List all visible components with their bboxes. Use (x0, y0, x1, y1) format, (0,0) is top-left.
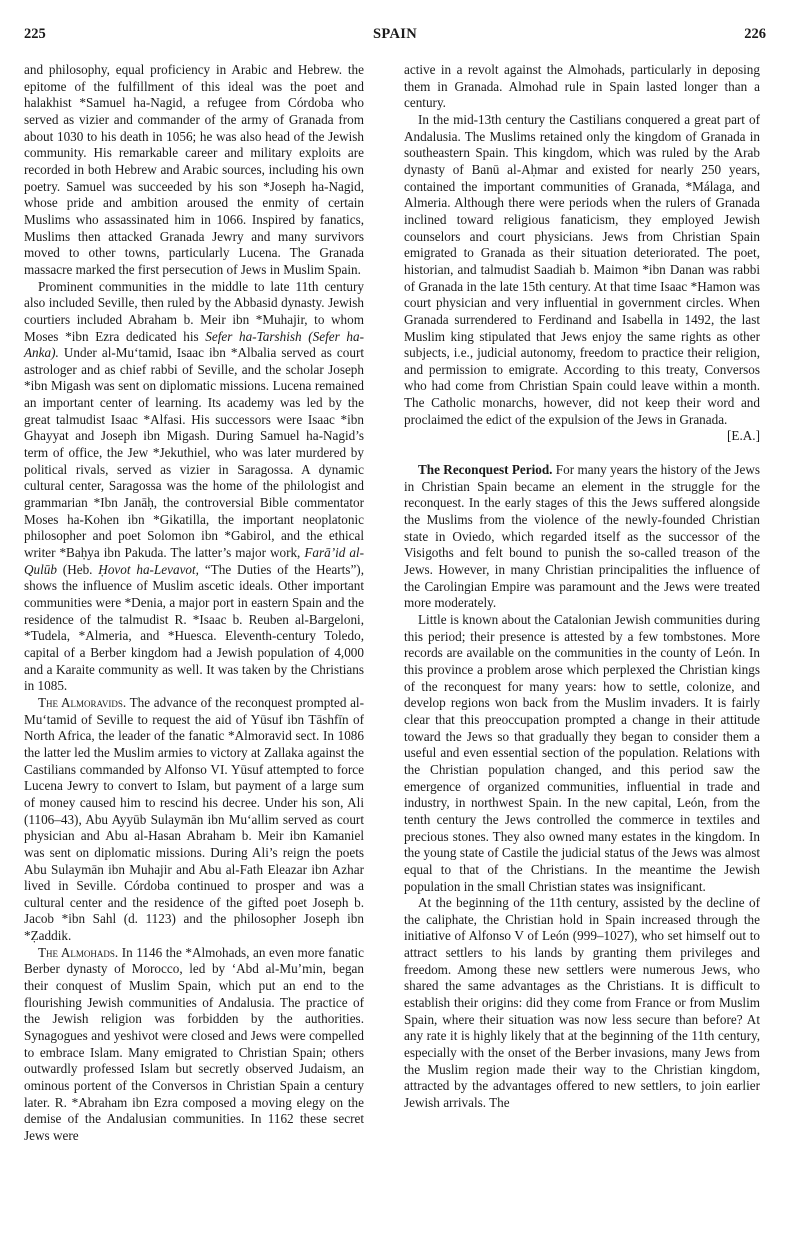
text-run: (Heb. (57, 562, 98, 577)
right-column: active in a revolt against the Almohads,… (404, 62, 760, 1112)
paragraph: Prominent communities in the middle to l… (24, 279, 364, 695)
section-heading-almoravids: The Almoravids. (38, 695, 126, 710)
text-run: In the mid-13th century the Castilians c… (404, 112, 760, 427)
text-run: Under al-Mu‘tamid, Isaac ibn *Albalia se… (24, 345, 364, 560)
paragraph: Little is known about the Catalonian Jew… (404, 612, 760, 895)
text-run: In 1146 the *Almohads, an even more fana… (24, 945, 364, 1143)
text-run: “The Duties of the Hearts”), shows the i… (24, 562, 364, 694)
book-title: Ḥovot ha-Levavot, (98, 562, 199, 577)
section-heading-almohads: The Almohads. (38, 945, 118, 960)
page-number-right: 226 (744, 26, 766, 43)
section-heading-reconquest: The Reconquest Period. (418, 462, 552, 477)
paragraph: active in a revolt against the Almohads,… (404, 62, 760, 112)
paragraph: and philosophy, equal proficiency in Ara… (24, 62, 364, 279)
running-header: 225 SPAIN 226 (24, 26, 766, 46)
paragraph: The Reconquest Period. For many years th… (404, 462, 760, 612)
text-run: For many years the history of the Jews i… (404, 462, 760, 610)
text-run: The advance of the reconquest prompted a… (24, 695, 364, 943)
paragraph: The Almoravids. The advance of the recon… (24, 695, 364, 945)
paragraph: In the mid-13th century the Castilians c… (404, 112, 760, 445)
paragraph: At the beginning of the 11th century, as… (404, 895, 760, 1112)
section-spacer (404, 445, 760, 462)
author-signature: [E.A.] (713, 428, 760, 445)
running-title: SPAIN (24, 26, 766, 43)
paragraph: The Almohads. In 1146 the *Almohads, an … (24, 945, 364, 1145)
left-column: and philosophy, equal proficiency in Ara… (24, 62, 364, 1145)
